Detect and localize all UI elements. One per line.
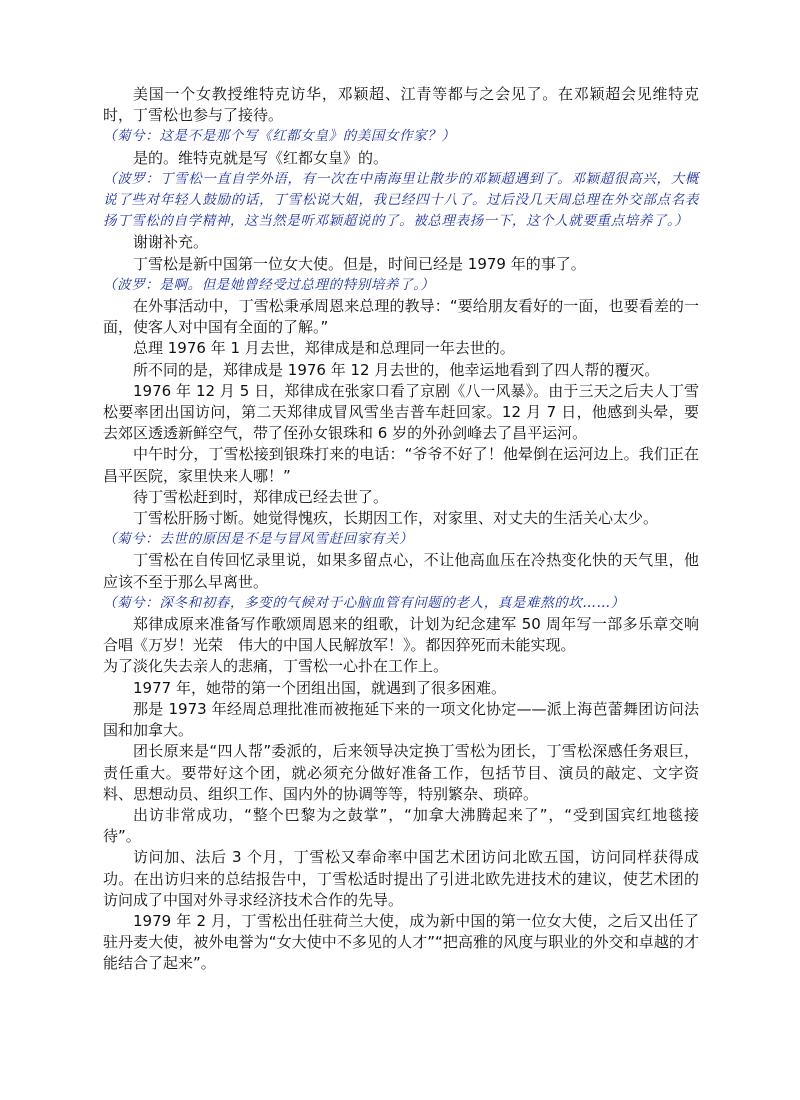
body-paragraph: 丁雪松肝肠寸断。她觉得愧疚，长期因工作，对家里、对丈夫的生活关心太少。 (103, 508, 699, 529)
body-paragraph: 是的。维特克就是写《红都女皇》的。 (103, 148, 699, 169)
reader-comment: （菊兮：深冬和初春，多变的气候对于心脑血管有问题的老人，真是难熬的坎……） (103, 593, 699, 614)
body-paragraph: 出访非常成功，“整个巴黎为之鼓掌”，“加拿大沸腾起来了”，“受到国宾红地毯接待”… (103, 805, 699, 847)
body-paragraph: 团长原来是“四人帮”委派的，后来领导决定换丁雪松为团长，丁雪松深感任务艰巨，责任… (103, 741, 699, 805)
body-paragraph: 谢谢补充。 (103, 232, 699, 253)
body-paragraph: 1979 年 2 月，丁雪松出任驻荷兰大使，成为新中国的第一位女大使，之后又出任… (103, 911, 699, 975)
reader-comment: （菊兮：这是不是那个写《红都女皇》的美国女作家？） (103, 126, 699, 147)
body-paragraph: 丁雪松是新中国第一位女大使。但是，时间已经是 1979 年的事了。 (103, 254, 699, 275)
reader-comment: （菊兮：去世的原因是不是与冒风雪赶回家有关） (103, 529, 699, 550)
body-paragraph: 那是 1973 年经周总理批准而被拖延下来的一项文化协定——派上海芭蕾舞团访问法… (103, 699, 699, 741)
body-paragraph: 美国一个女教授维特克访华，邓颖超、江青等都与之会见了。在邓颖超会见维特克时，丁雪… (103, 84, 699, 126)
body-paragraph: 1977 年，她带的第一个团组出国，就遇到了很多困难。 (103, 678, 699, 699)
body-paragraph: 丁雪松在自传回忆录里说，如果多留点心，不让他高血压在冷热变化快的天气里，他应该不… (103, 550, 699, 592)
body-paragraph: 1976 年 12 月 5 日，郑律成在张家口看了京剧《八一风暴》。由于三天之后… (103, 381, 699, 445)
body-paragraph: 待丁雪松赶到时，郑律成已经去世了。 (103, 487, 699, 508)
document-page: 美国一个女教授维特克访华，邓颖超、江青等都与之会见了。在邓颖超会见维特克时，丁雪… (103, 84, 699, 975)
body-paragraph: 访问加、法后 3 个月，丁雪松又奉命率中国艺术团访问北欧五国，访问同样获得成功。… (103, 847, 699, 911)
body-paragraph: 中午时分，丁雪松接到银珠打来的电话：“爷爷不好了！他晕倒在运河边上。我们正在昌平… (103, 444, 699, 486)
reader-comment: （波罗：是啊。但是她曾经受过总理的特别培养了。） (103, 275, 699, 296)
reader-comment: （波罗：丁雪松一直自学外语，有一次在中南海里让散步的邓颖超遇到了。邓颖超很高兴，… (103, 169, 699, 233)
body-paragraph: 所不同的是，郑律成是 1976 年 12 月去世的，他幸运地看到了四人帮的覆灭。 (103, 360, 699, 381)
body-paragraph: 在外事活动中，丁雪松秉承周恩来总理的教导：“要给朋友看好的一面，也要看差的一面，… (103, 296, 699, 338)
body-paragraph: 为了淡化失去亲人的悲痛，丁雪松一心扑在工作上。 (103, 656, 699, 677)
body-paragraph: 郑律成原来准备写作歌颂周恩来的组歌，计划为纪念建军 50 周年写一部多乐章交响合… (103, 614, 699, 656)
body-paragraph: 总理 1976 年 1 月去世，郑律成是和总理同一年去世的。 (103, 338, 699, 359)
